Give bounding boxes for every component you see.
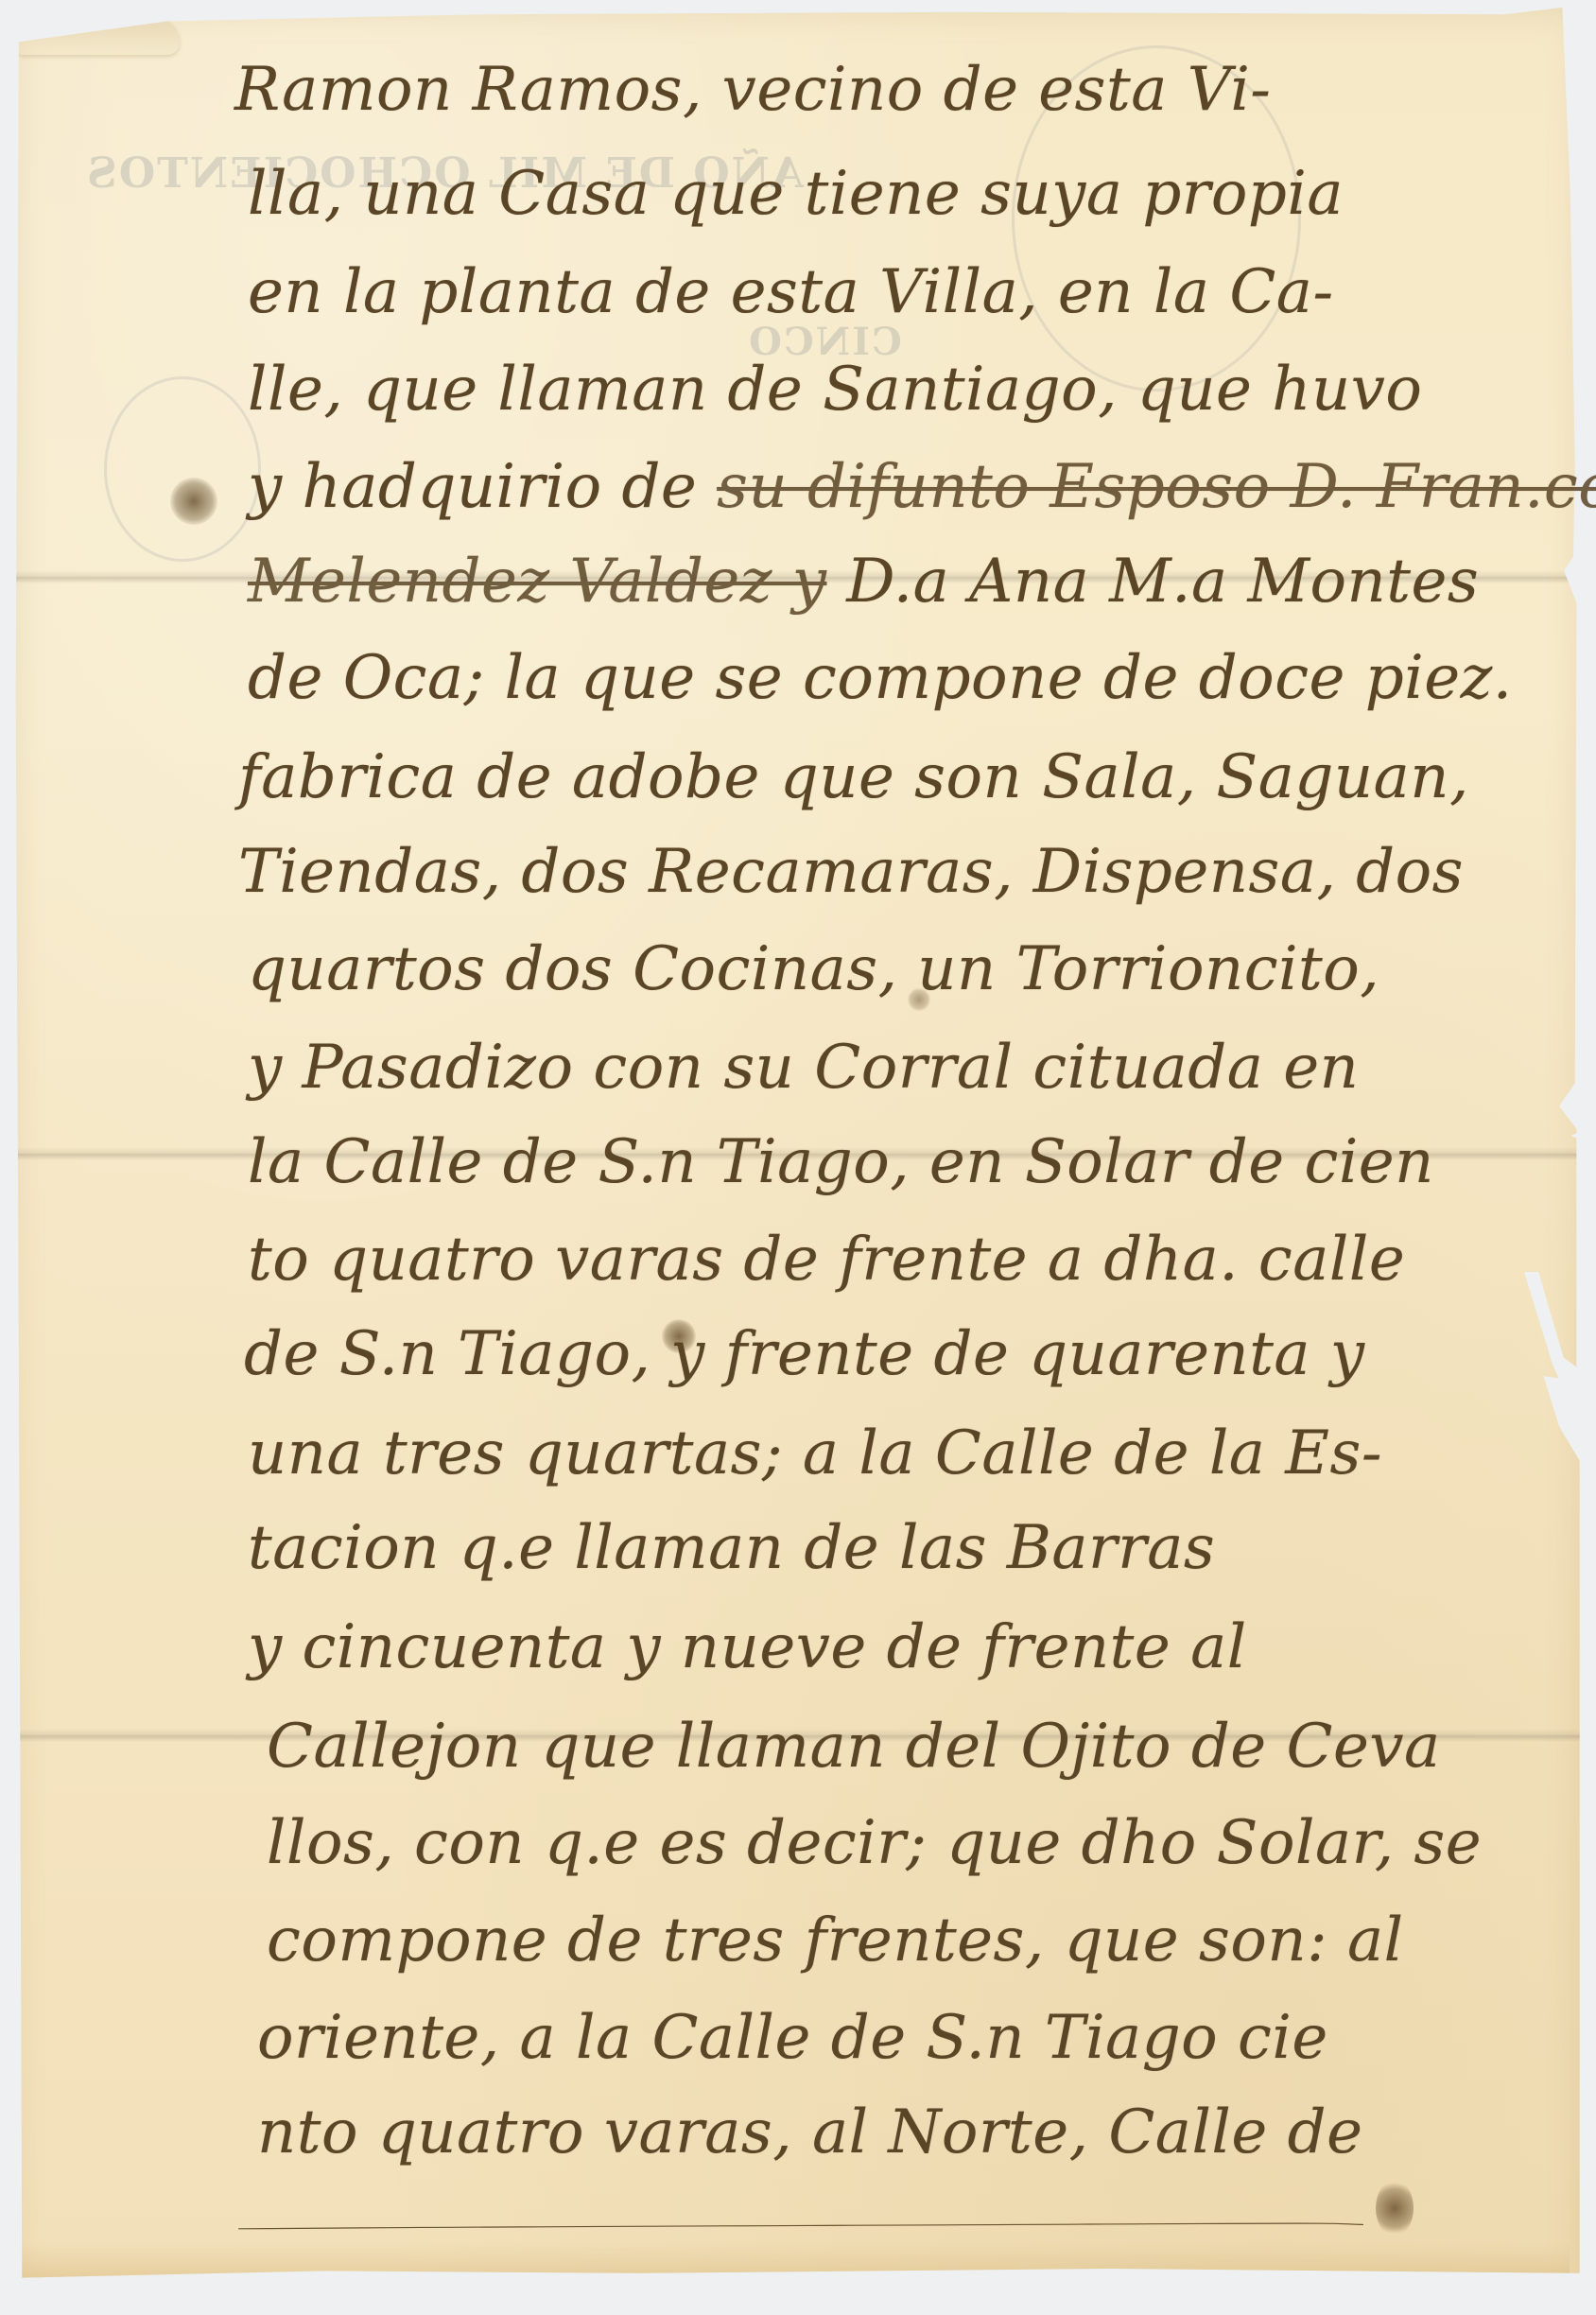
text-line: y cincuenta y nueve de frente al: [248, 1612, 1335, 1682]
text-line: una tres quartas; a la Calle de la Es-: [248, 1419, 1335, 1488]
text-line: nto quatro varas, al Norte, Calle de: [257, 2097, 1344, 2167]
text-line: de S.n Tiago, y frente de quarenta y: [244, 1319, 1331, 1389]
text-line: lle, que llaman de Santiago, que huvo: [248, 355, 1335, 425]
text-line: lla, una Casa que tiene suya propia: [248, 159, 1335, 229]
text-segment: y hadquirio de: [248, 452, 717, 522]
text-line: tacion q.e llaman de las Barras: [248, 1513, 1335, 1583]
text-line: to quatro varas de frente a dha. calle: [248, 1225, 1335, 1295]
ink-smudge: [1376, 2180, 1414, 2237]
text-line: y Pasadizo con su Corral cituada en: [248, 1033, 1335, 1103]
text-line: llos, con q.e es decir; que dho Solar, s…: [267, 1808, 1354, 1878]
text-line: en la planta de esta Villa, en la Ca-: [248, 257, 1335, 327]
closing-flourish-line: [238, 2222, 1363, 2230]
handwritten-text-body: Ramon Ramos, vecino de esta Vi- lla, una…: [0, 0, 1596, 2315]
text-line: fabrica de adobe que son Sala, Saguan,: [238, 742, 1326, 812]
text-line: Tiendas, dos Recamaras, Dispensa, dos: [238, 837, 1326, 907]
text-line-with-deletion: y hadquirio de su difunto Esposo D. Fran…: [248, 452, 1335, 522]
ink-blot: [662, 1319, 696, 1353]
text-line: de Oca; la que se compone de doce piez.: [248, 643, 1335, 713]
struck-through-text: su difunto Esposo D. Fran.co: [717, 452, 1596, 522]
text-line: quartos dos Cocinas, un Torrioncito,: [248, 934, 1335, 1004]
text-line: la Calle de S.n Tiago, en Solar de cien: [248, 1127, 1335, 1197]
text-line: Ramon Ramos, vecino de esta Vi-: [234, 55, 1322, 125]
text-line: Callejon que llaman del Ojito de Ceva: [267, 1712, 1354, 1782]
ink-blot: [908, 988, 930, 1011]
ink-blot: [170, 478, 217, 525]
text-line: compone de tres frentes, que son: al: [267, 1906, 1354, 1976]
text-line-with-deletion: Melendez Valdez y D.a Ana M.a Montes: [248, 547, 1335, 617]
text-line: oriente, a la Calle de S.n Tiago cie: [257, 2003, 1344, 2073]
text-segment: D.a Ana M.a Montes: [826, 547, 1479, 617]
struck-through-text: Melendez Valdez y: [248, 547, 826, 617]
